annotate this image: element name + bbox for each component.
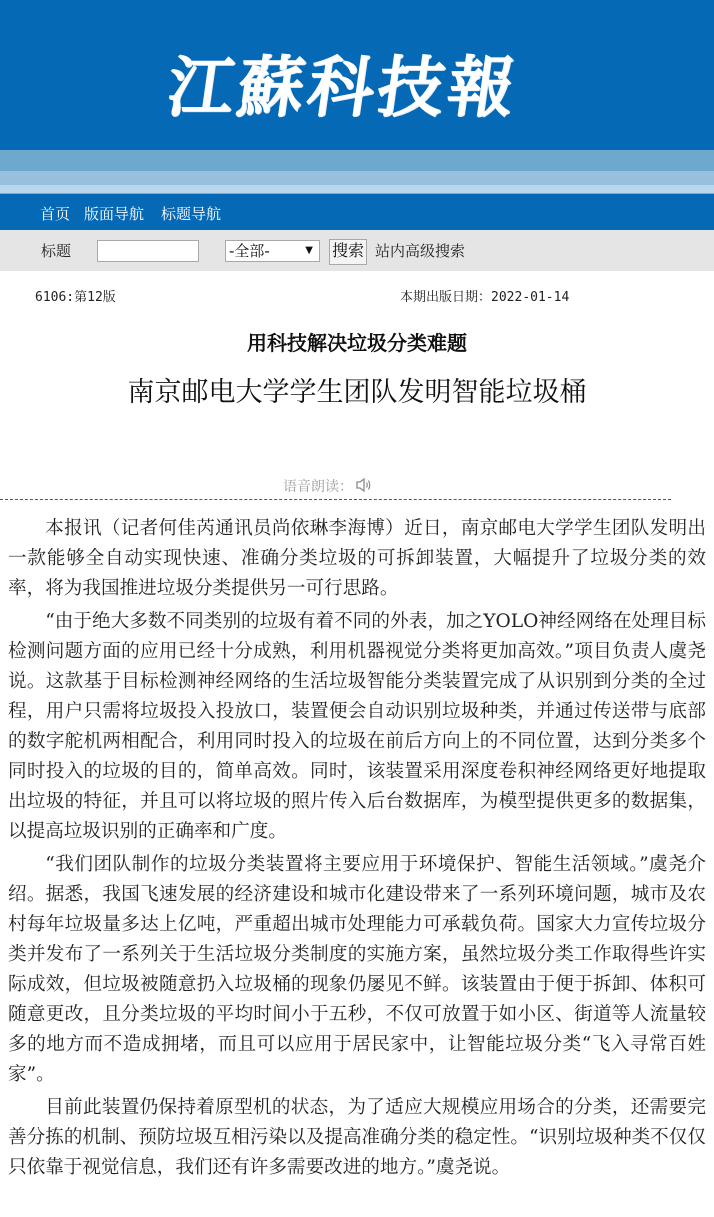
voice-reader-label: 语音朗读： (283, 479, 353, 495)
speaker-icon[interactable] (355, 477, 373, 497)
dropdown-arrow-icon: ▼ (305, 241, 313, 261)
masthead-banner: 江蘇科技報 (0, 0, 714, 150)
article-paragraph: 本报讯（记者何佳芮通讯员尚依琳李海博）近日，南京邮电大学学生团队发明出一款能够全… (8, 514, 706, 604)
dashed-divider (0, 499, 671, 500)
advanced-search-link[interactable]: 站内高级搜索 (375, 240, 465, 261)
top-nav: 首页 版面导航 标题导航 (0, 194, 714, 230)
search-scope-value: -全部- (229, 242, 270, 260)
search-input[interactable] (97, 240, 199, 262)
issue-number: 6106:第12版 (35, 286, 116, 305)
search-button[interactable]: 搜索 (329, 239, 367, 265)
article-paragraph: “我们团队制作的垃圾分类装置将主要应用于环境保护、智能生活领域。”虞尧介绍。据悉… (8, 850, 706, 1090)
newspaper-logo: 江蘇科技報 (162, 42, 525, 132)
nav-home[interactable]: 首页 (40, 203, 70, 224)
decorative-stripe (0, 185, 714, 193)
search-bar: 标题 -全部- ▼ 搜索 站内高级搜索 (0, 230, 714, 271)
publication-date: 本期出版日期：2022-01-14 (400, 286, 569, 305)
decorative-stripe (0, 150, 714, 171)
nav-page-navigation[interactable]: 版面导航 (84, 203, 144, 224)
search-label: 标题 (41, 240, 71, 261)
article-paragraph: “由于绝大多数不同类别的垃圾有着不同的外表，加之YOLO神经网络在处理目标检测问… (8, 607, 706, 847)
article-subtitle: 用科技解决垃圾分类难题 (0, 327, 714, 356)
pubdate-value: 2022-01-14 (491, 290, 569, 305)
search-scope-select[interactable]: -全部- ▼ (225, 240, 320, 262)
nav-title-navigation[interactable]: 标题导航 (161, 203, 221, 224)
article-headline: 南京邮电大学学生团队发明智能垃圾桶 (0, 370, 714, 409)
pubdate-label: 本期出版日期： (400, 290, 491, 305)
decorative-stripe (0, 171, 714, 185)
voice-reader: 语音朗读： (283, 476, 373, 497)
article-body: 本报讯（记者何佳芮通讯员尚依琳李海博）近日，南京邮电大学学生团队发明出一款能够全… (8, 514, 706, 1186)
article-paragraph: 目前此装置仍保持着原型机的状态，为了适应大规模应用场合的分类，还需要完善分拣的机… (8, 1093, 706, 1183)
